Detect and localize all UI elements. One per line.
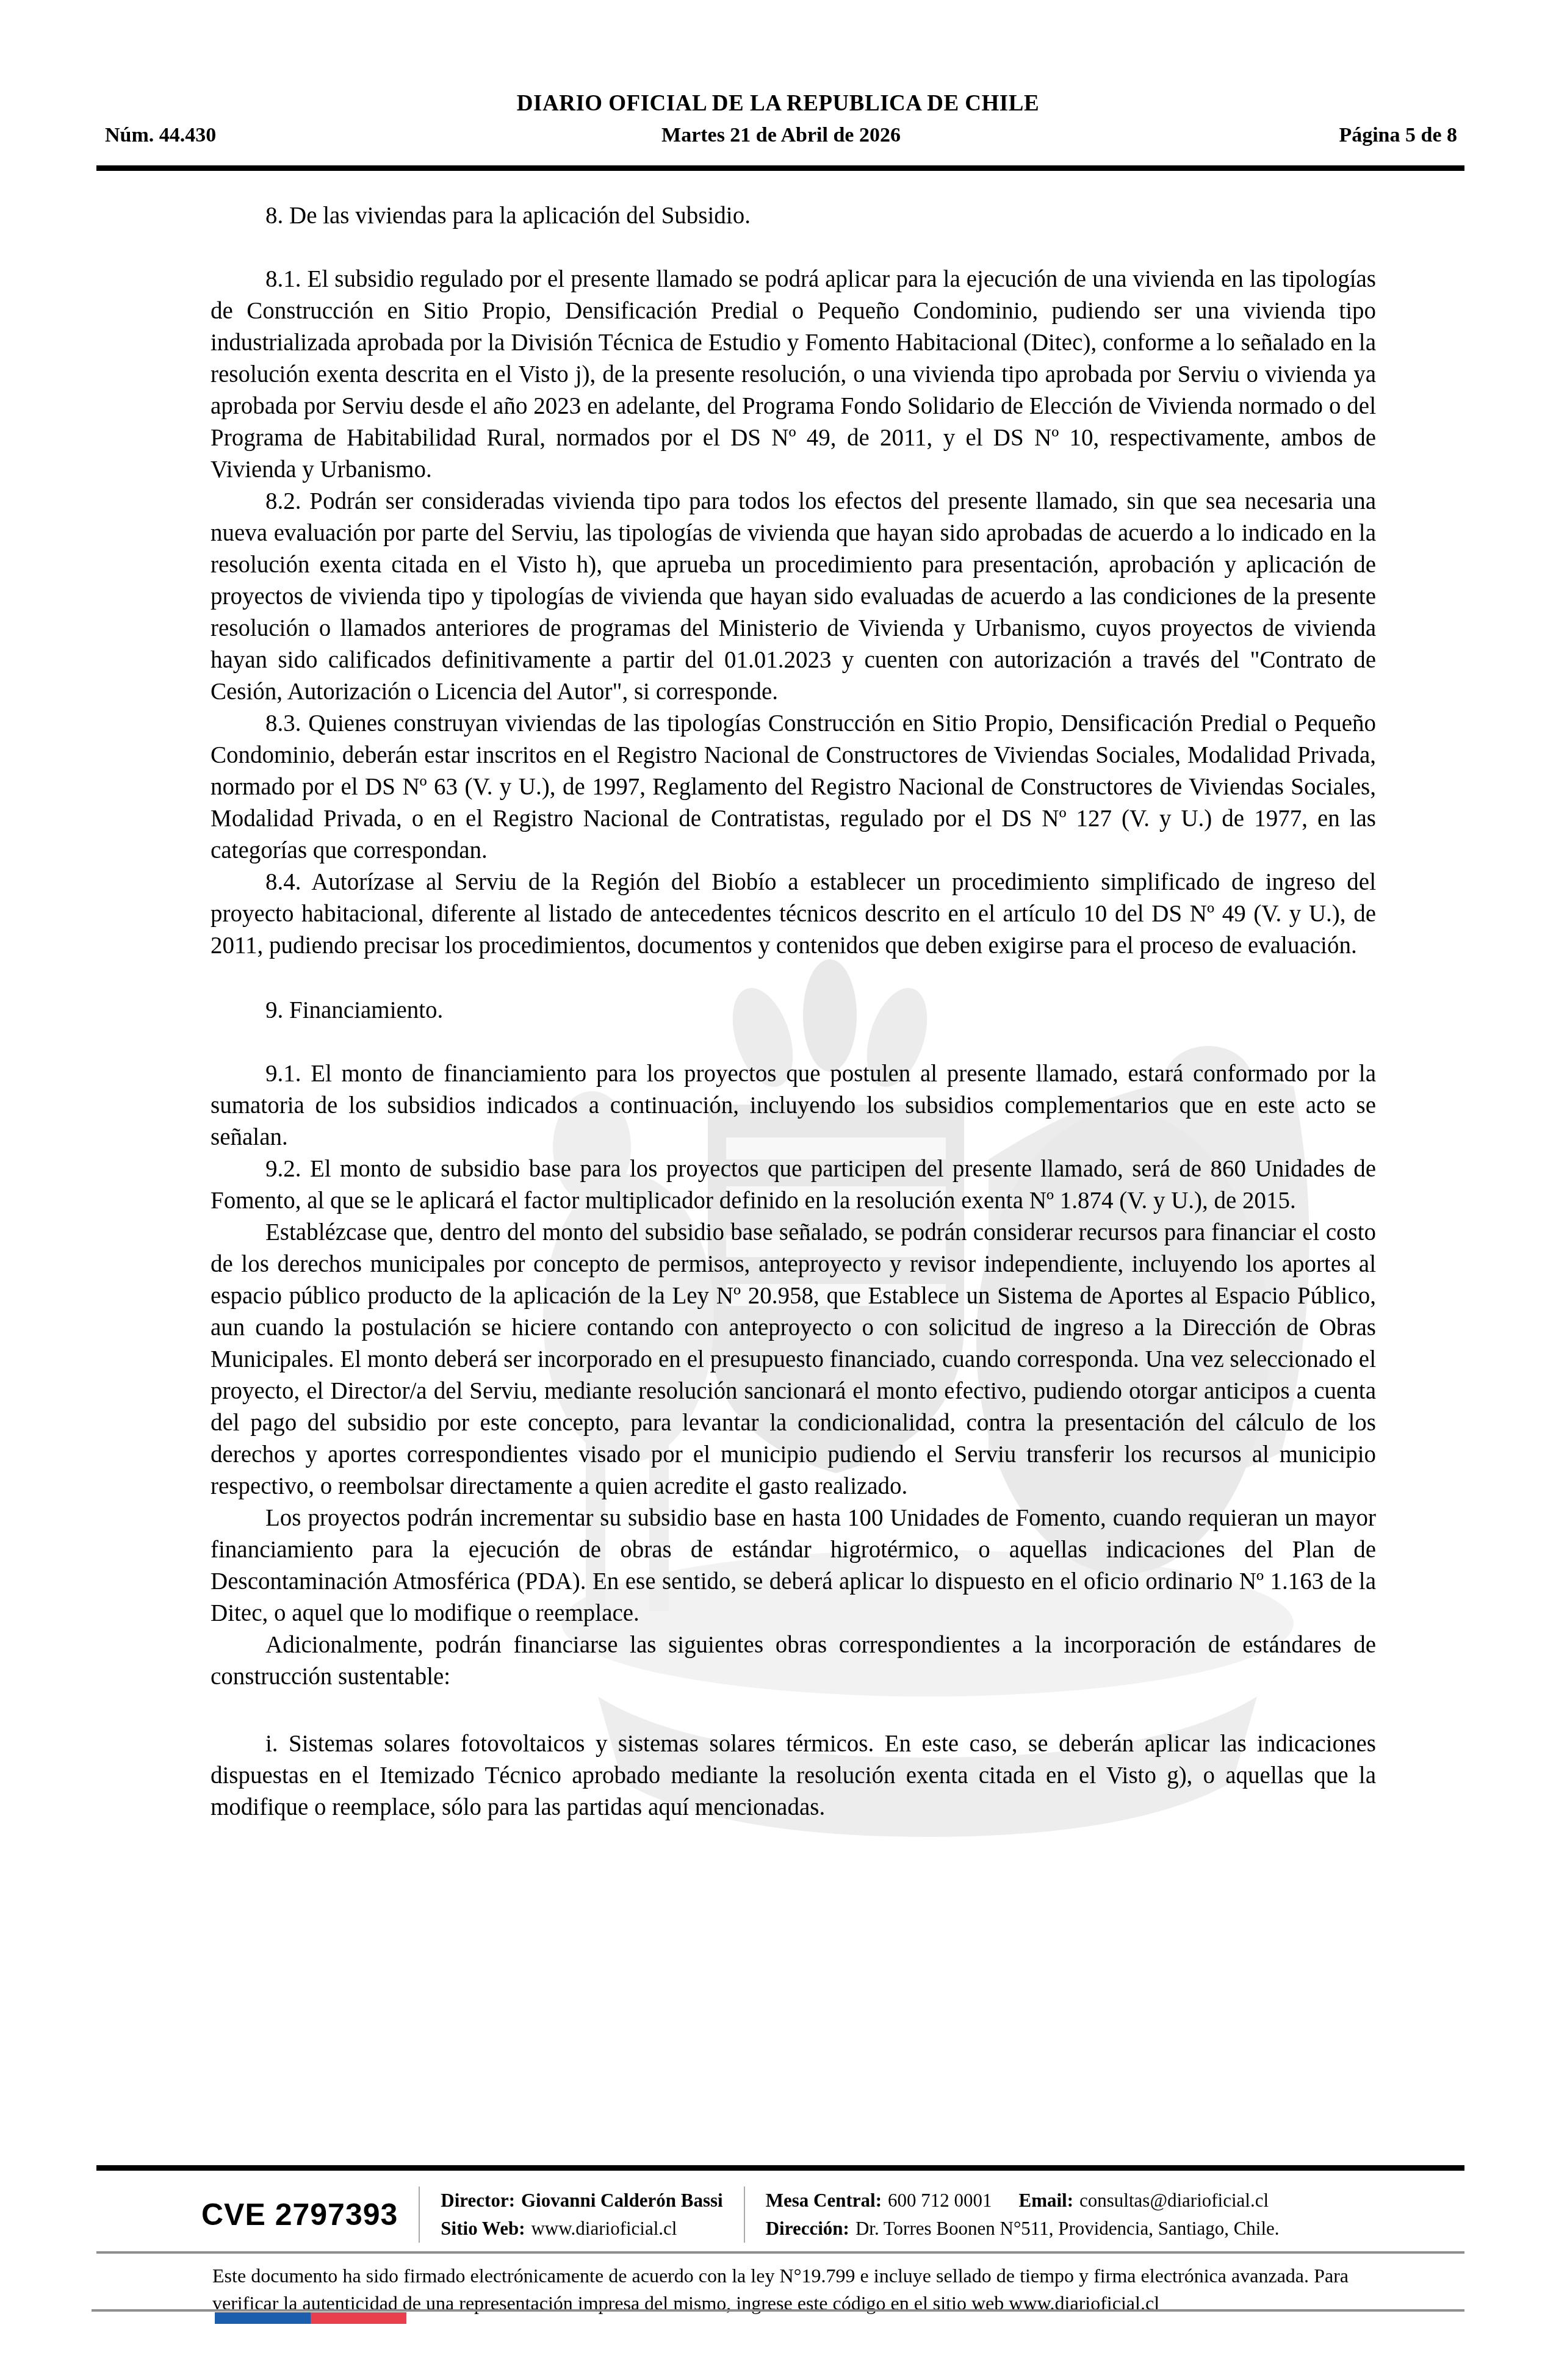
website-line: Sitio Web:www.diarioficial.cl bbox=[441, 2215, 722, 2243]
newspaper-title: DIARIO OFICIAL DE LA REPUBLICA DE CHILE bbox=[0, 90, 1556, 117]
website-label: Sitio Web: bbox=[441, 2218, 525, 2239]
footer-contact-column: Mesa Central:600 712 0001Email:consultas… bbox=[766, 2187, 1280, 2243]
paragraph-subsidio-base-derechos: Establézcase que, dentro del monto del s… bbox=[211, 1217, 1376, 1502]
paragraph-9-2: 9.2. El monto de subsidio base para los … bbox=[211, 1153, 1376, 1217]
phone-label: Mesa Central: bbox=[766, 2190, 882, 2211]
paragraph-8-2: 8.2. Podrán ser consideradas vivienda ti… bbox=[211, 486, 1376, 708]
cve-row: CVE 2797393 Director:Giovanni Calderón B… bbox=[201, 2185, 1458, 2244]
document-body: 8. De las viviendas para la aplicación d… bbox=[211, 200, 1376, 2132]
paragraph-adicionalmente: Adicionalmente, podrán financiarse las s… bbox=[211, 1629, 1376, 1693]
director-label: Director: bbox=[441, 2190, 515, 2211]
section-heading-9: 9. Financiamiento. bbox=[211, 995, 1376, 1026]
header-rule bbox=[96, 165, 1464, 171]
footer-divider bbox=[744, 2187, 745, 2243]
page-indicator: Página 5 de 8 bbox=[1339, 124, 1457, 147]
website-value: www.diarioficial.cl bbox=[531, 2218, 677, 2239]
flag-blue-block bbox=[215, 2312, 311, 2324]
footer-divider bbox=[419, 2187, 420, 2243]
footer-gray-rule bbox=[96, 2251, 1464, 2254]
document-page: DIARIO OFICIAL DE LA REPUBLICA DE CHILE … bbox=[0, 0, 1556, 2380]
header-meta-row: Núm. 44.430 Martes 21 de Abril de 2026 P… bbox=[105, 124, 1457, 151]
paragraph-9-1: 9.1. El monto de financiamiento para los… bbox=[211, 1058, 1376, 1153]
footer-rule bbox=[96, 2165, 1464, 2171]
paragraph-item-i: i. Sistemas solares fotovoltaicos y sist… bbox=[211, 1728, 1376, 1823]
email-label: Email: bbox=[1018, 2190, 1073, 2211]
paragraph-8-1: 8.1. El subsidio regulado por el present… bbox=[211, 264, 1376, 486]
address-label: Dirección: bbox=[766, 2218, 849, 2239]
email-value: consultas@diarioficial.cl bbox=[1079, 2190, 1269, 2211]
address-value: Dr. Torres Boonen N°511, Providencia, Sa… bbox=[855, 2218, 1280, 2239]
page-header: DIARIO OFICIAL DE LA REPUBLICA DE CHILE … bbox=[0, 0, 1556, 171]
phone-email-line: Mesa Central:600 712 0001Email:consultas… bbox=[766, 2187, 1280, 2215]
footer-director-column: Director:Giovanni Calderón Bassi Sitio W… bbox=[441, 2187, 722, 2243]
flag-red-block bbox=[311, 2312, 406, 2324]
issue-date: Martes 21 de Abril de 2026 bbox=[105, 124, 1457, 147]
phone-value: 600 712 0001 bbox=[888, 2190, 992, 2211]
director-line: Director:Giovanni Calderón Bassi bbox=[441, 2187, 722, 2215]
bottom-gray-rule bbox=[92, 2309, 1464, 2312]
paragraph-8-4: 8.4. Autorízase al Serviu de la Región d… bbox=[211, 867, 1376, 962]
chile-flag-bar-icon bbox=[215, 2312, 406, 2324]
director-name: Giovanni Calderón Bassi bbox=[521, 2190, 723, 2211]
address-line: Dirección:Dr. Torres Boonen N°511, Provi… bbox=[766, 2215, 1280, 2243]
cve-code: CVE 2797393 bbox=[201, 2197, 398, 2232]
paragraph-8-3: 8.3. Quienes construyan viviendas de las… bbox=[211, 708, 1376, 867]
page-footer: CVE 2797393 Director:Giovanni Calderón B… bbox=[0, 2165, 1556, 2380]
paragraph-incremento-subsidio: Los proyectos podrán incrementar su subs… bbox=[211, 1502, 1376, 1629]
section-heading-8: 8. De las viviendas para la aplicación d… bbox=[211, 200, 1376, 232]
